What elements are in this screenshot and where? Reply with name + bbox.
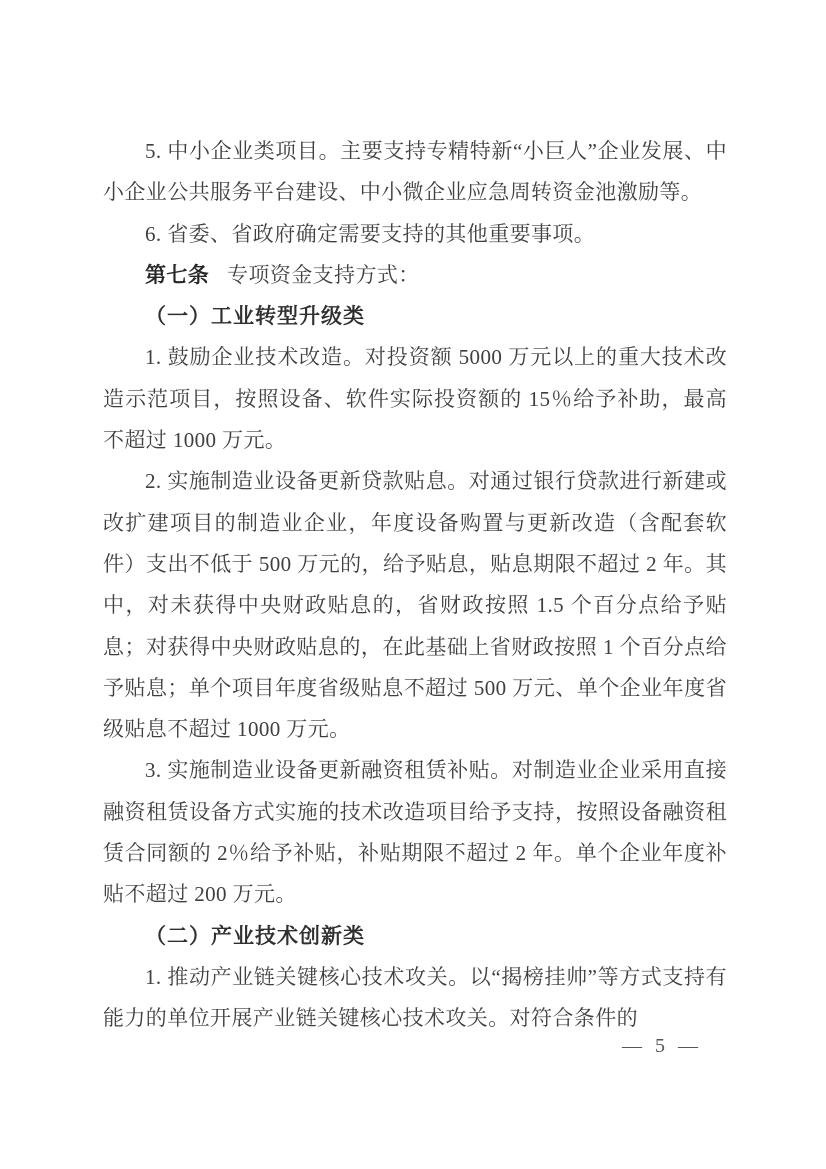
page-number-dash-left: — bbox=[622, 1033, 642, 1059]
paragraph-tech-upgrade-2: 2. 实施制造业设备更新贷款贴息。对通过银行贷款进行新建或改扩建项目的制造业企业… bbox=[103, 461, 727, 750]
paragraph-item-6: 6. 省委、省政府确定需要支持的其他重要事项。 bbox=[103, 214, 727, 255]
paragraph-innovation-1: 1. 推动产业链关键核心技术攻关。以“揭榜挂帅”等方式支持有能力的单位开展产业链… bbox=[103, 957, 727, 1040]
page-number-dash-right: — bbox=[678, 1033, 698, 1059]
page-number: — 5 — bbox=[600, 1033, 720, 1059]
page-number-value: 5 bbox=[655, 1033, 665, 1059]
article-7-line: 第七条专项资金支持方式： bbox=[103, 255, 727, 296]
paragraph-item-5: 5. 中小企业类项目。主要支持专精特新“小巨人”企业发展、中小企业公共服务平台建… bbox=[103, 131, 727, 214]
section-2-heading: （二）产业技术创新类 bbox=[103, 916, 727, 957]
section-1-heading: （一）工业转型升级类 bbox=[103, 296, 727, 337]
article-7-title: 专项资金支持方式： bbox=[227, 263, 420, 287]
document-page: 5. 中小企业类项目。主要支持专精特新“小巨人”企业发展、中小企业公共服务平台建… bbox=[0, 0, 826, 1169]
paragraph-tech-upgrade-1: 1. 鼓励企业技术改造。对投资额 5000 万元以上的重大技术改造示范项目，按照… bbox=[103, 337, 727, 461]
article-7-label: 第七条 bbox=[145, 263, 209, 287]
document-body: 5. 中小企业类项目。主要支持专精特新“小巨人”企业发展、中小企业公共服务平台建… bbox=[103, 131, 727, 1040]
paragraph-tech-upgrade-3: 3. 实施制造业设备更新融资租赁补贴。对制造业企业采用直接融资租赁设备方式实施的… bbox=[103, 750, 727, 915]
